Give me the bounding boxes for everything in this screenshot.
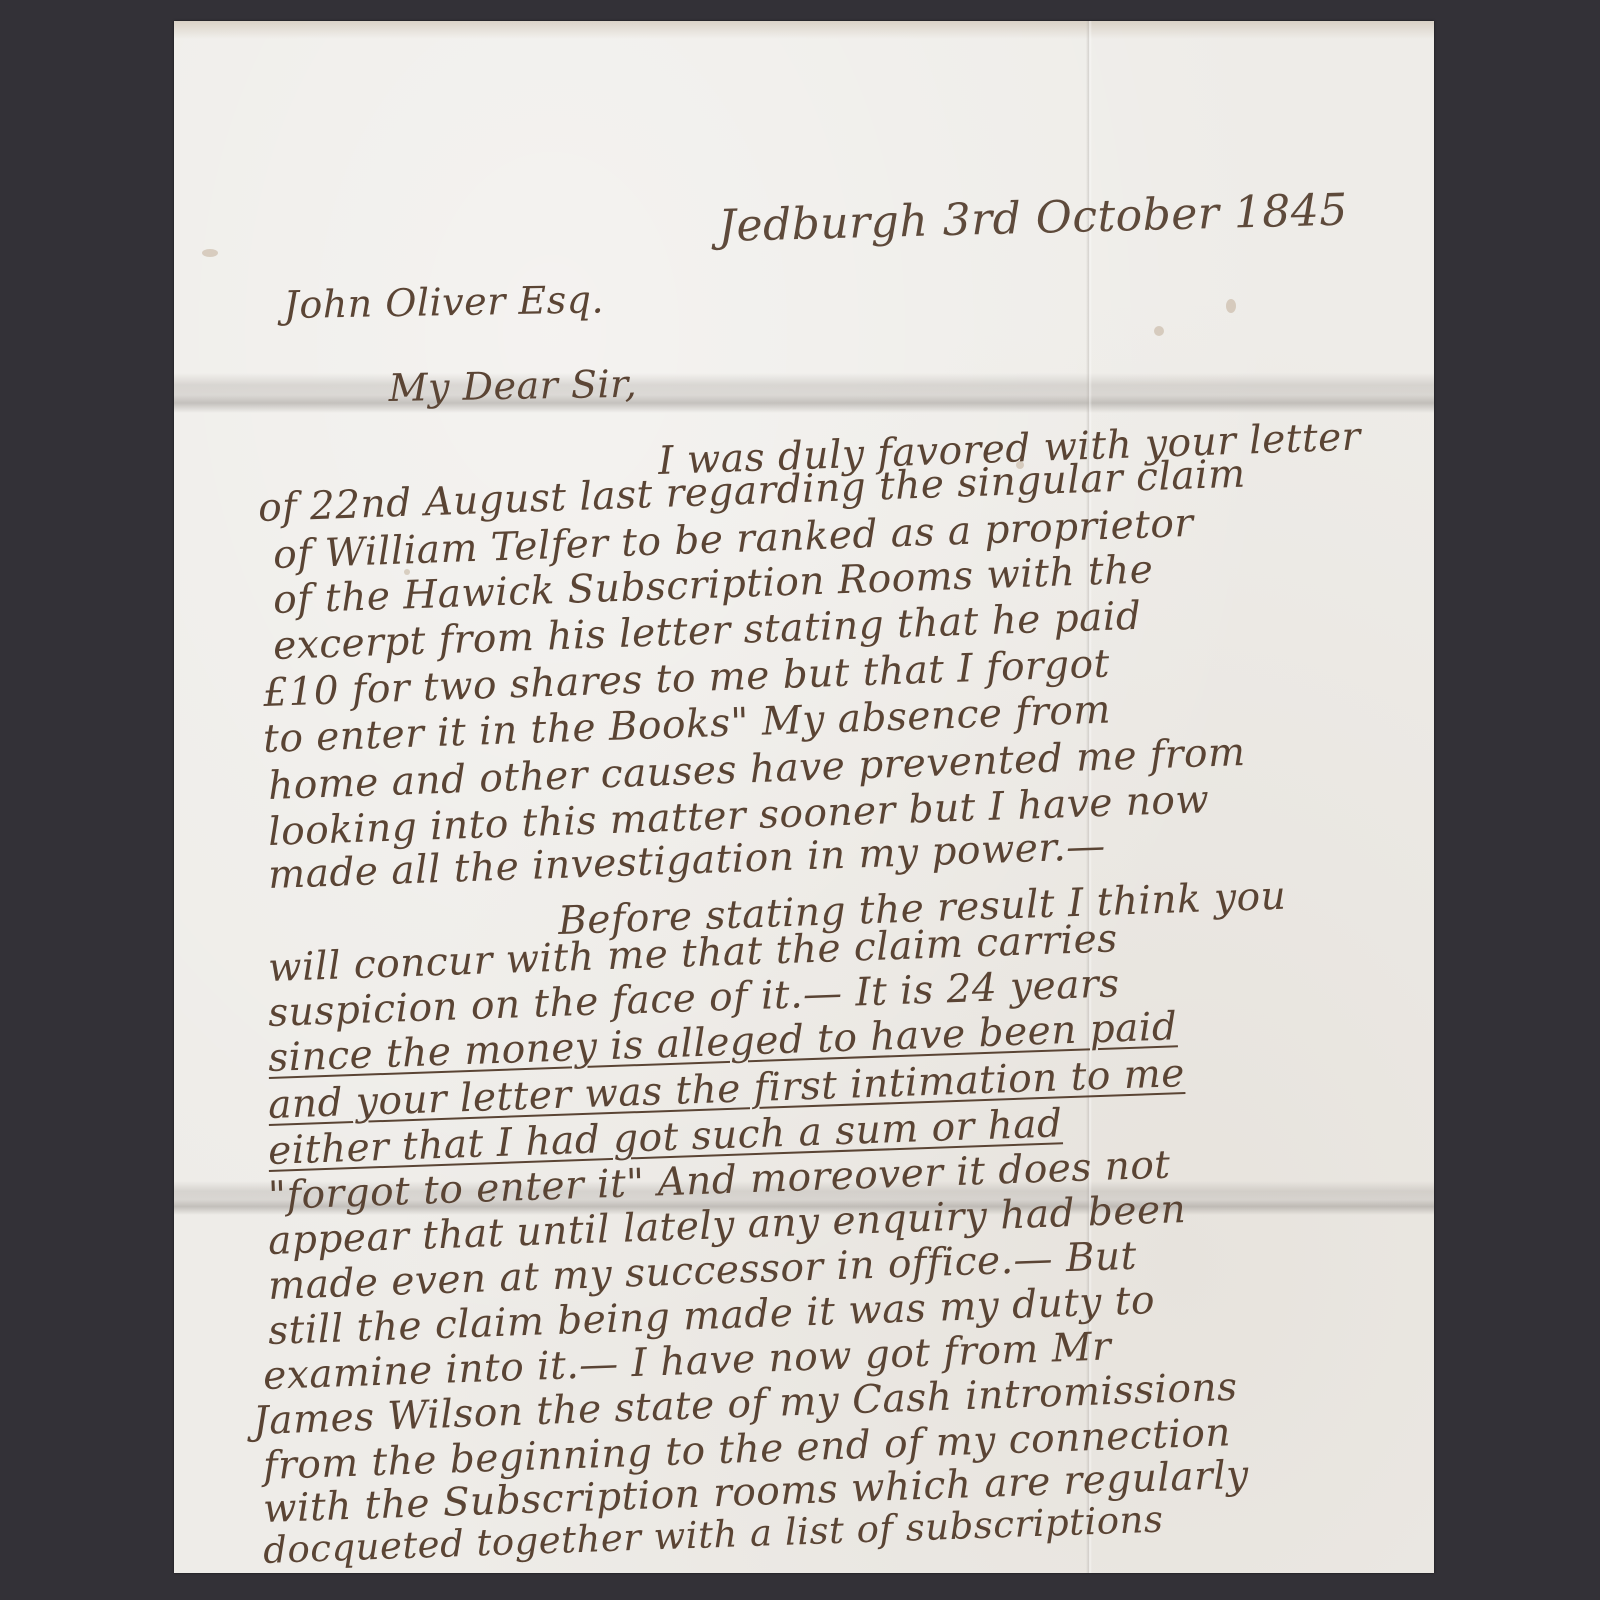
scan-background: Jedburgh 3rd October 1845 John Oliver Es… [0,0,1600,1600]
letter-addressee: John Oliver Esq. [283,277,604,327]
letter-paper: Jedburgh 3rd October 1845 John Oliver Es… [174,21,1434,1573]
letter-salutation: My Dear Sir, [388,362,637,410]
foxing-spot [202,249,218,257]
foxing-spot [1154,326,1164,336]
fold-crease-upper [174,373,1434,413]
foxing-spot [1226,299,1236,313]
letter-dateline: Jedburgh 3rd October 1845 [718,185,1349,252]
paper-edge-stain [174,21,1434,39]
